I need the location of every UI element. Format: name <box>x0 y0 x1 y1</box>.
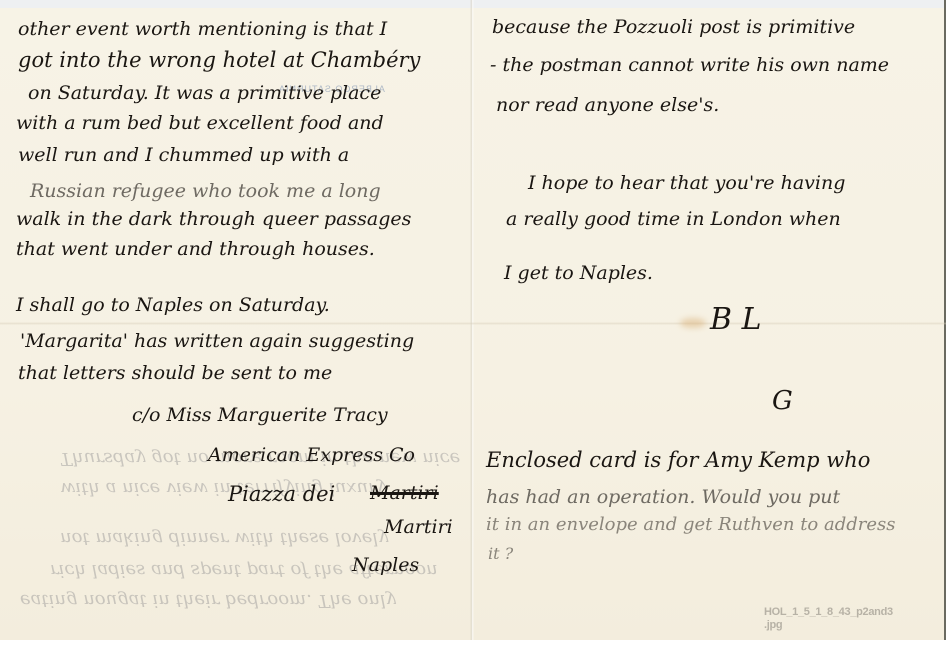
bleed-through-line: with a nice view in terrifying luxury <box>60 478 387 499</box>
bleed-through-line: not making dinner with these lovely <box>60 528 388 549</box>
address-line: Piazza dei <box>228 484 335 505</box>
letter-line: Russian refugee who took me a long <box>30 182 381 201</box>
bleed-through-line: eating nougat in their bedroom. The only <box>20 590 396 611</box>
letter-line: I hope to hear that you're having <box>528 174 845 193</box>
postscript-line: it in an envelope and get Ruthven to add… <box>486 516 896 534</box>
postscript-line: Enclosed card is for Amy Kemp who <box>486 450 870 471</box>
letter-line: because the Pozzuoli post is primitive <box>492 18 855 37</box>
paper-stain <box>680 318 706 328</box>
vertical-fold <box>470 0 474 640</box>
file-caption-ext: .jpg <box>764 619 893 632</box>
letter-line: got into the wrong hotel at Chambéry <box>18 50 420 71</box>
letter-line: that went under and through houses. <box>16 240 375 259</box>
letter-scan: ALBERGO SATURNIA Thursday got no more ro… <box>0 0 950 650</box>
address-line: Martiri <box>384 518 453 537</box>
signature: B L <box>710 302 762 337</box>
paper-sheet: ALBERGO SATURNIA Thursday got no more ro… <box>0 0 946 640</box>
letter-line: I shall go to Naples on Saturday. <box>16 296 330 315</box>
initial-mark: G <box>772 386 793 416</box>
address-line: c/o Miss Marguerite Tracy <box>132 406 388 425</box>
letter-line: nor read anyone else's. <box>496 96 719 115</box>
letter-line: 'Margarita' has written again suggesting <box>20 332 414 351</box>
horizontal-fold <box>0 322 946 325</box>
letter-line: - the postman cannot write his own name <box>490 56 889 75</box>
postscript-line: it ? <box>488 546 513 562</box>
letter-line: well run and I chummed up with a <box>18 146 349 165</box>
letter-line: with a rum bed but excellent food and <box>16 114 384 133</box>
letter-line: I get to Naples. <box>504 264 653 283</box>
address-line: Naples <box>352 556 419 575</box>
file-caption-name: HOL_1_5_1_8_43_p2and3 <box>764 606 893 619</box>
letter-line: a really good time in London when <box>506 210 841 229</box>
letter-line: on Saturday. It was a primitive place <box>28 84 381 103</box>
file-caption: HOL_1_5_1_8_43_p2and3 .jpg <box>764 606 893 632</box>
address-line: American Express Co <box>208 446 415 465</box>
letter-line: that letters should be sent to me <box>18 364 332 383</box>
postscript-line: has had an operation. Would you put <box>486 488 840 507</box>
letter-line: walk in the dark through queer passages <box>16 210 411 229</box>
struck-word: Martiri <box>370 484 439 503</box>
letter-line: other event worth mentioning is that I <box>18 20 387 39</box>
